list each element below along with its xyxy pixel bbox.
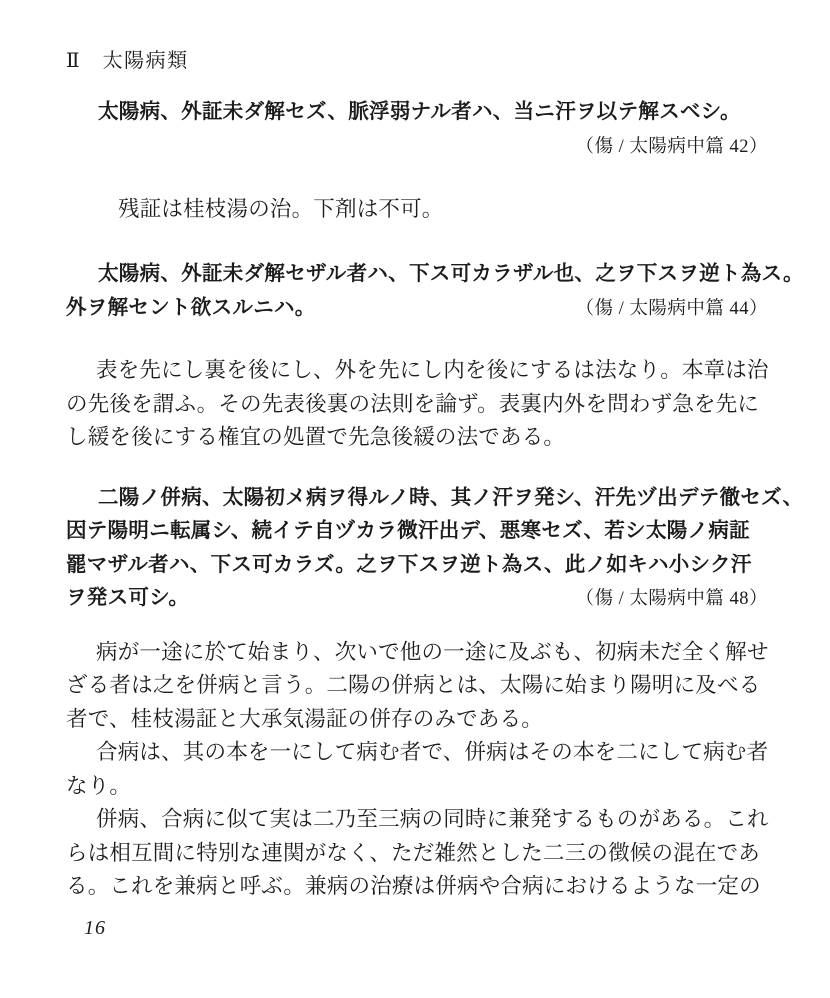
text-line: 残証は桂枝湯の治。下剤は不可。 bbox=[66, 193, 768, 227]
page-number: 16 bbox=[84, 917, 106, 940]
quote-line: 因テ陽明ニ転属シ、続イテ自ヅカラ微汗出デ、悪寒セズ、若シ太陽ノ病証 bbox=[66, 514, 768, 548]
citation-48: （傷 / 太陽病中篇 48） bbox=[575, 584, 768, 610]
text-line: 表を先にし裏を後にし、外を先にし内を後にするは法なり。本章は治 bbox=[66, 354, 768, 388]
text-line: 者で、桂枝湯証と大承気湯証の併存のみである。 bbox=[66, 703, 768, 737]
section-heading: Ⅱ 太陽病類 bbox=[66, 48, 768, 74]
text-line: し緩を後にする権宜の処置で先急後緩の法である。 bbox=[66, 421, 768, 455]
quote-line: 外ヲ解セント欲スルニハ。 bbox=[66, 291, 316, 325]
text-line: 併病、合病に似て実は二乃至三病の同時に兼発するものがある。これ bbox=[66, 803, 768, 837]
commentary-paragraph-5: 併病、合病に似て実は二乃至三病の同時に兼発するものがある。これ らは相互間に特別… bbox=[66, 803, 768, 904]
quote-block-44: 太陽病、外証未ダ解セザル者ハ、下ス可カラザル也、之ヲ下スヲ逆ト為ス。 外ヲ解セン… bbox=[66, 257, 768, 324]
commentary-paragraph-1: 残証は桂枝湯の治。下剤は不可。 bbox=[66, 193, 768, 227]
text-line: 病が一途に於て始まり、次いで他の一途に及ぶも、初病未だ全く解せ bbox=[66, 636, 768, 670]
quote-line: 二陽ノ併病、太陽初メ病ヲ得ルノ時、其ノ汗ヲ発シ、汗先ヅ出デテ徹セズ、 bbox=[66, 481, 768, 515]
quote-line: 太陽病、外証未ダ解セザル者ハ、下ス可カラザル也、之ヲ下スヲ逆ト為ス。 bbox=[66, 257, 768, 291]
quote-line: 罷マザル者ハ、下ス可カラズ。之ヲ下スヲ逆ト為ス、此ノ如キハ小シク汗 bbox=[66, 548, 768, 582]
quote-last-line-row: 外ヲ解セント欲スルニハ。 （傷 / 太陽病中篇 44） bbox=[66, 291, 768, 325]
commentary-paragraph-2: 表を先にし裏を後にし、外を先にし内を後にするは法なり。本章は治 の先後を謂ふ。そ… bbox=[66, 354, 768, 455]
text-line: ざる者は之を併病と言う。二陽の併病とは、太陽に始まり陽明に及べる bbox=[66, 669, 768, 703]
text-line: る。これを兼病と呼ぶ。兼病の治療は併病や合病におけるような一定の bbox=[66, 870, 768, 904]
quote-line: 太陽病、外証未ダ解セズ、脈浮弱ナル者ハ、当ニ汗ヲ以テ解スベシ。 bbox=[66, 95, 768, 129]
text-line: なり。 bbox=[66, 770, 768, 804]
quote-last-line-row: ヲ発ス可シ。 （傷 / 太陽病中篇 48） bbox=[66, 581, 768, 615]
text-line: らは相互間に特別な連関がなく、ただ雑然とした二三の徴候の混在であ bbox=[66, 837, 768, 871]
text-line: 合病は、其の本を一にして病む者で、併病はその本を二にして病む者 bbox=[66, 736, 768, 770]
commentary-paragraph-3: 病が一途に於て始まり、次いで他の一途に及ぶも、初病未だ全く解せ ざる者は之を併病… bbox=[66, 636, 768, 737]
text-line: の先後を謂ふ。その先表後裏の法則を論ず。表裏内外を問わず急を先に bbox=[66, 388, 768, 422]
quote-line: ヲ発ス可シ。 bbox=[66, 581, 189, 615]
commentary-paragraph-4: 合病は、其の本を一にして病む者で、併病はその本を二にして病む者 なり。 bbox=[66, 736, 768, 803]
citation-42: （傷 / 太陽病中篇 42） bbox=[575, 137, 768, 157]
book-page: Ⅱ 太陽病類 太陽病、外証未ダ解セズ、脈浮弱ナル者ハ、当ニ汗ヲ以テ解スベシ。 （… bbox=[0, 0, 830, 998]
quote-block-42: 太陽病、外証未ダ解セズ、脈浮弱ナル者ハ、当ニ汗ヲ以テ解スベシ。 （傷 / 太陽病… bbox=[66, 95, 768, 161]
citation-line: （傷 / 太陽病中篇 42） bbox=[66, 134, 768, 161]
quote-block-48: 二陽ノ併病、太陽初メ病ヲ得ルノ時、其ノ汗ヲ発シ、汗先ヅ出デテ徹セズ、 因テ陽明ニ… bbox=[66, 481, 768, 615]
citation-44: （傷 / 太陽病中篇 44） bbox=[575, 294, 768, 320]
